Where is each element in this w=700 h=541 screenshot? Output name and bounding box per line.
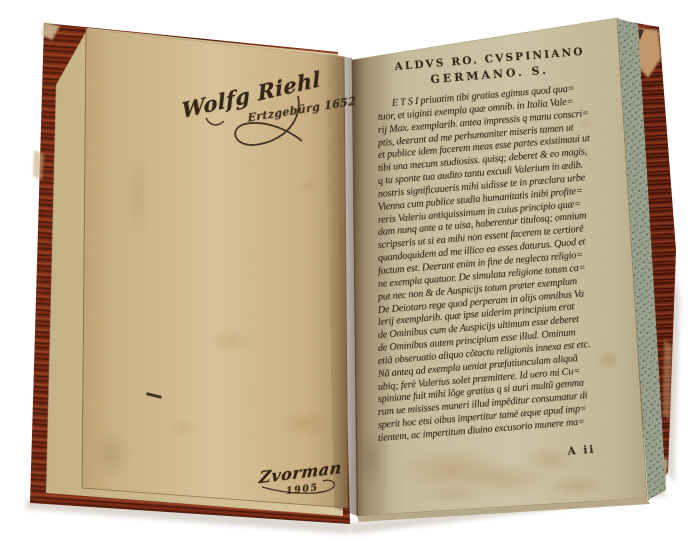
auction-photo-page: { "colors": { "background": "#ffffff", "… xyxy=(0,0,700,541)
right-page-text: ALDVS RO. CVSPINIANO GERMANO. S. E T S I… xyxy=(378,62,642,473)
dedication-body: E T S I priuatim tibi gratias egimus quo… xyxy=(378,99,642,446)
